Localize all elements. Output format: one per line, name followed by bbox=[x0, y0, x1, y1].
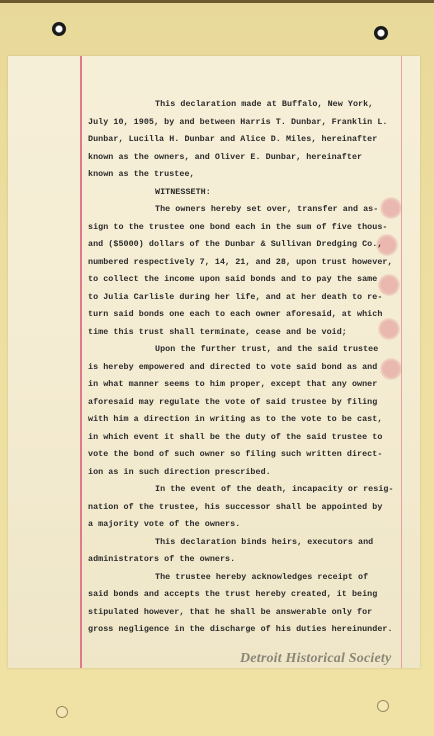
text-line: with him a direction in writing as to th… bbox=[88, 411, 408, 429]
punch-hole-right-icon bbox=[377, 700, 389, 712]
text-line: to Julia Carlisle during her life, and a… bbox=[88, 289, 408, 307]
left-margin-line bbox=[80, 56, 82, 668]
text-line: turn said bonds one each to each owner a… bbox=[88, 306, 408, 324]
text-line: Upon the further trust, and the said tru… bbox=[88, 341, 408, 359]
text-line: The owners hereby set over, transfer and… bbox=[88, 201, 408, 219]
watermark: Detroit Historical Society bbox=[240, 651, 391, 667]
declaration-text: This declaration made at Buffalo, New Yo… bbox=[88, 96, 408, 639]
grommet-left-icon bbox=[52, 22, 66, 36]
text-line: said bonds and accepts the trust hereby … bbox=[88, 586, 408, 604]
text-line: vote the bond of such owner so filing su… bbox=[88, 446, 408, 464]
text-line: aforesaid may regulate the vote of said … bbox=[88, 394, 408, 412]
text-line: nation of the trustee, his successor sha… bbox=[88, 499, 408, 517]
text-line: a majority vote of the owners. bbox=[88, 516, 408, 534]
text-line: administrators of the owners. bbox=[88, 551, 408, 569]
text-line: and ($5000) dollars of the Dunbar & Sull… bbox=[88, 236, 408, 254]
text-line: numbered respectively 7, 14, 21, and 28,… bbox=[88, 254, 408, 272]
text-line: to collect the income upon said bonds an… bbox=[88, 271, 408, 289]
text-line: Dunbar, Lucilla H. Dunbar and Alice D. M… bbox=[88, 131, 408, 149]
text-line: July 10, 1905, by and between Harris T. … bbox=[88, 114, 408, 132]
text-line: in what manner seems to him proper, exce… bbox=[88, 376, 408, 394]
text-line: known as the trustee, bbox=[88, 166, 408, 184]
text-line: In the event of the death, incapacity or… bbox=[88, 481, 408, 499]
text-line: sign to the trustee one bond each in the… bbox=[88, 219, 408, 237]
text-line: is hereby empowered and directed to vote… bbox=[88, 359, 408, 377]
folder-top-edge bbox=[0, 0, 434, 3]
text-line: This declaration made at Buffalo, New Yo… bbox=[88, 96, 408, 114]
text-line: ion as in such direction prescribed. bbox=[88, 464, 408, 482]
text-line: stipulated however, that he shall be ans… bbox=[88, 604, 408, 622]
text-line: known as the owners, and Oliver E. Dunba… bbox=[88, 149, 408, 167]
text-line: gross negligence in the discharge of his… bbox=[88, 621, 408, 639]
grommet-right-icon bbox=[374, 26, 388, 40]
punch-hole-left-icon bbox=[56, 706, 68, 718]
text-line: time this trust shall terminate, cease a… bbox=[88, 324, 408, 342]
text-line: The trustee hereby acknowledges receipt … bbox=[88, 569, 408, 587]
text-line: in which event it shall be the duty of t… bbox=[88, 429, 408, 447]
text-line: WITNESSETH: bbox=[88, 184, 408, 202]
text-line: This declaration binds heirs, executors … bbox=[88, 534, 408, 552]
